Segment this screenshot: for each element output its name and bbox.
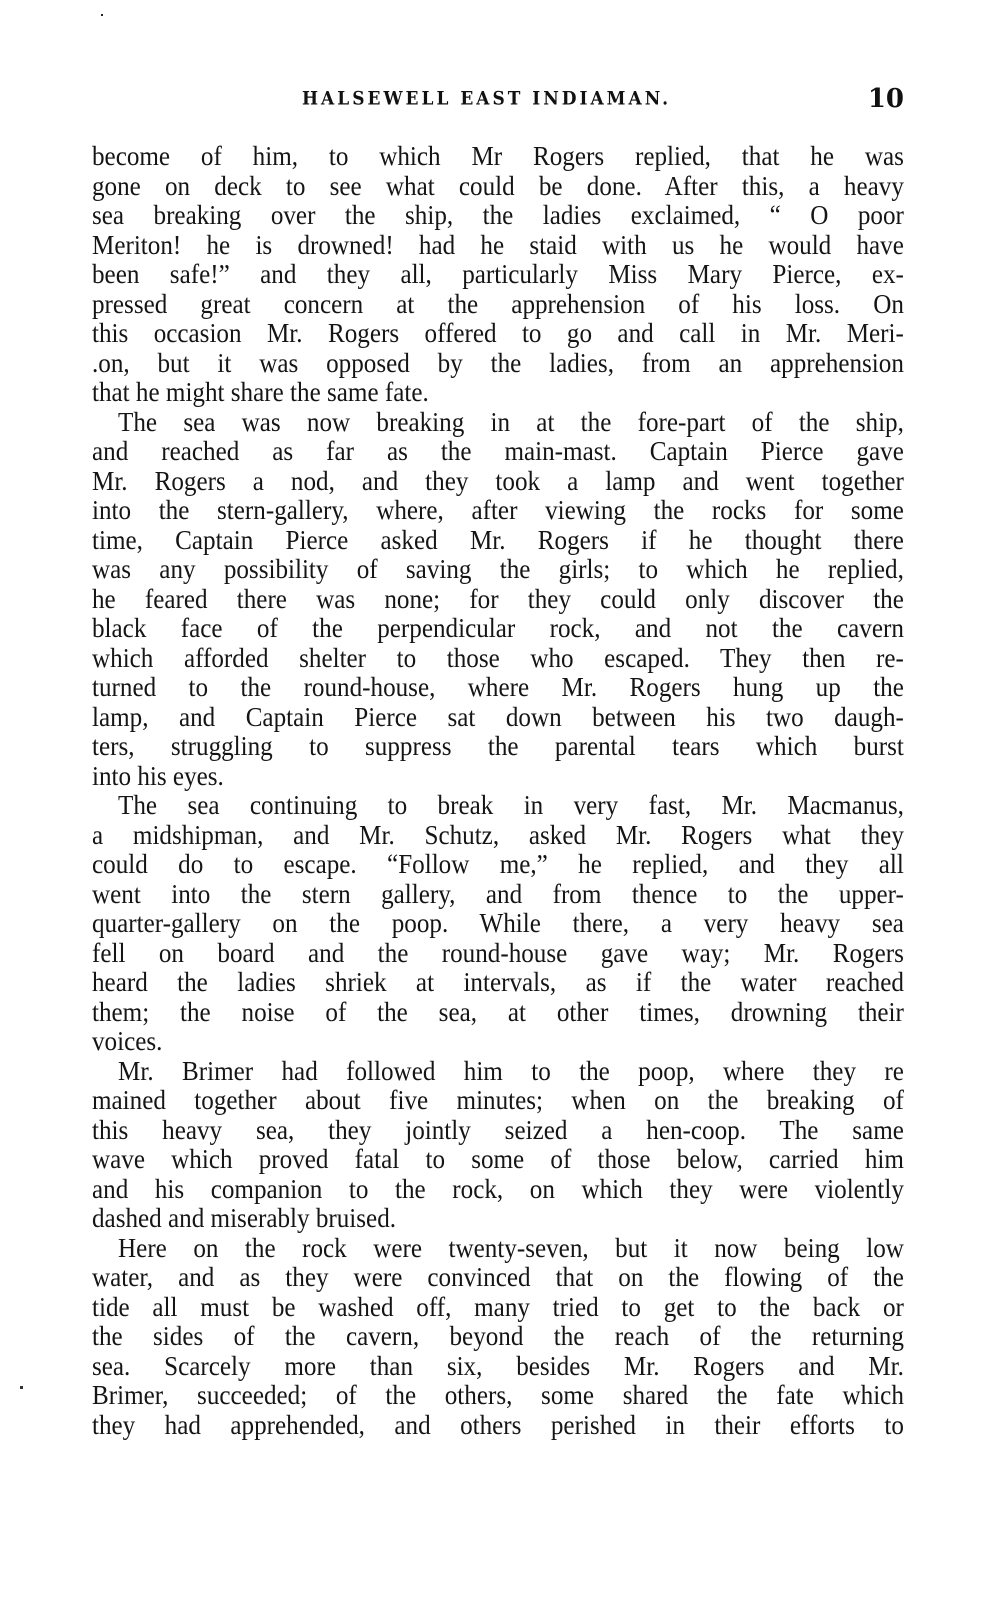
- text-line: the sides of the cavern, beyond the reac…: [92, 1322, 904, 1352]
- running-head: HALSEWELL EAST INDIAMAN. 10: [92, 88, 904, 118]
- text-line: pressed great concern at the apprehensio…: [92, 290, 904, 320]
- text-line: Mr. Brimer had followed him to the poop,…: [92, 1057, 904, 1087]
- text-line: black face of the perpendicular rock, an…: [92, 614, 904, 644]
- running-title: HALSEWELL EAST INDIAMAN.: [302, 88, 671, 110]
- text-line: which afforded shelter to those who esca…: [92, 644, 904, 674]
- text-line: Meriton! he is drowned! had he staid wit…: [92, 231, 904, 261]
- text-line: The sea was now breaking in at the fore-…: [92, 408, 904, 438]
- book-page: HALSEWELL EAST INDIAMAN. 10 become of hi…: [0, 0, 1000, 1612]
- text-line: turned to the round-house, where Mr. Rog…: [92, 673, 904, 703]
- text-line: wave which proved fatal to some of those…: [92, 1145, 904, 1175]
- text-line: water, and as they were convinced that o…: [92, 1263, 904, 1293]
- text-line: The sea continuing to break in very fast…: [92, 791, 904, 821]
- text-line: become of him, to which Mr Rogers replie…: [92, 142, 904, 172]
- text-line: sea. Scarcely more than six, besides Mr.…: [92, 1352, 904, 1382]
- text-line: fell on board and the round-house gave w…: [92, 939, 904, 969]
- text-line: quarter-gallery on the poop. While there…: [92, 909, 904, 939]
- text-line: and reached as far as the main-mast. Cap…: [92, 437, 904, 467]
- text-line: them; the noise of the sea, at other tim…: [92, 998, 904, 1028]
- text-line: lamp, and Captain Pierce sat down betwee…: [92, 703, 904, 733]
- scan-speck: [20, 1386, 23, 1389]
- text-line: .on, but it was opposed by the ladies, f…: [92, 349, 904, 379]
- text-line: was any possibility of saving the girls;…: [92, 555, 904, 585]
- text-line: gone on deck to see what could be done. …: [92, 172, 904, 202]
- text-line: been safe!” and they all, particularly M…: [92, 260, 904, 290]
- page-number: 10: [868, 84, 904, 114]
- text-line: into his eyes.: [92, 762, 904, 792]
- text-line: that he might share the same fate.: [92, 378, 904, 408]
- text-line: into the stern-gallery, where, after vie…: [92, 496, 904, 526]
- text-line: dashed and miserably bruised.: [92, 1204, 904, 1234]
- text-line: a midshipman, and Mr. Schutz, asked Mr. …: [92, 821, 904, 851]
- text-line: heard the ladies shriek at intervals, as…: [92, 968, 904, 998]
- text-line: sea breaking over the ship, the ladies e…: [92, 201, 904, 231]
- text-line: could do to escape. “Follow me,” he repl…: [92, 850, 904, 880]
- text-line: they had apprehended, and others perishe…: [92, 1411, 904, 1441]
- text-line: time, Captain Pierce asked Mr. Rogers if…: [92, 526, 904, 556]
- text-line: Brimer, succeeded; of the others, some s…: [92, 1381, 904, 1411]
- text-line: Here on the rock were twenty-seven, but …: [92, 1234, 904, 1264]
- text-line: ters, struggling to suppress the parenta…: [92, 732, 904, 762]
- text-line: and his companion to the rock, on which …: [92, 1175, 904, 1205]
- text-line: this occasion Mr. Rogers offered to go a…: [92, 319, 904, 349]
- text-line: went into the stern gallery, and from th…: [92, 880, 904, 910]
- scan-speck: [101, 14, 103, 16]
- text-line: Mr. Rogers a nod, and they took a lamp a…: [92, 467, 904, 497]
- text-line: tide all must be washed off, many tried …: [92, 1293, 904, 1323]
- text-line: mained together about five minutes; when…: [92, 1086, 904, 1116]
- text-line: he feared there was none; for they could…: [92, 585, 904, 615]
- text-line: this heavy sea, they jointly seized a he…: [92, 1116, 904, 1146]
- body-text: become of him, to which Mr Rogers replie…: [92, 142, 904, 1440]
- text-line: voices.: [92, 1027, 904, 1057]
